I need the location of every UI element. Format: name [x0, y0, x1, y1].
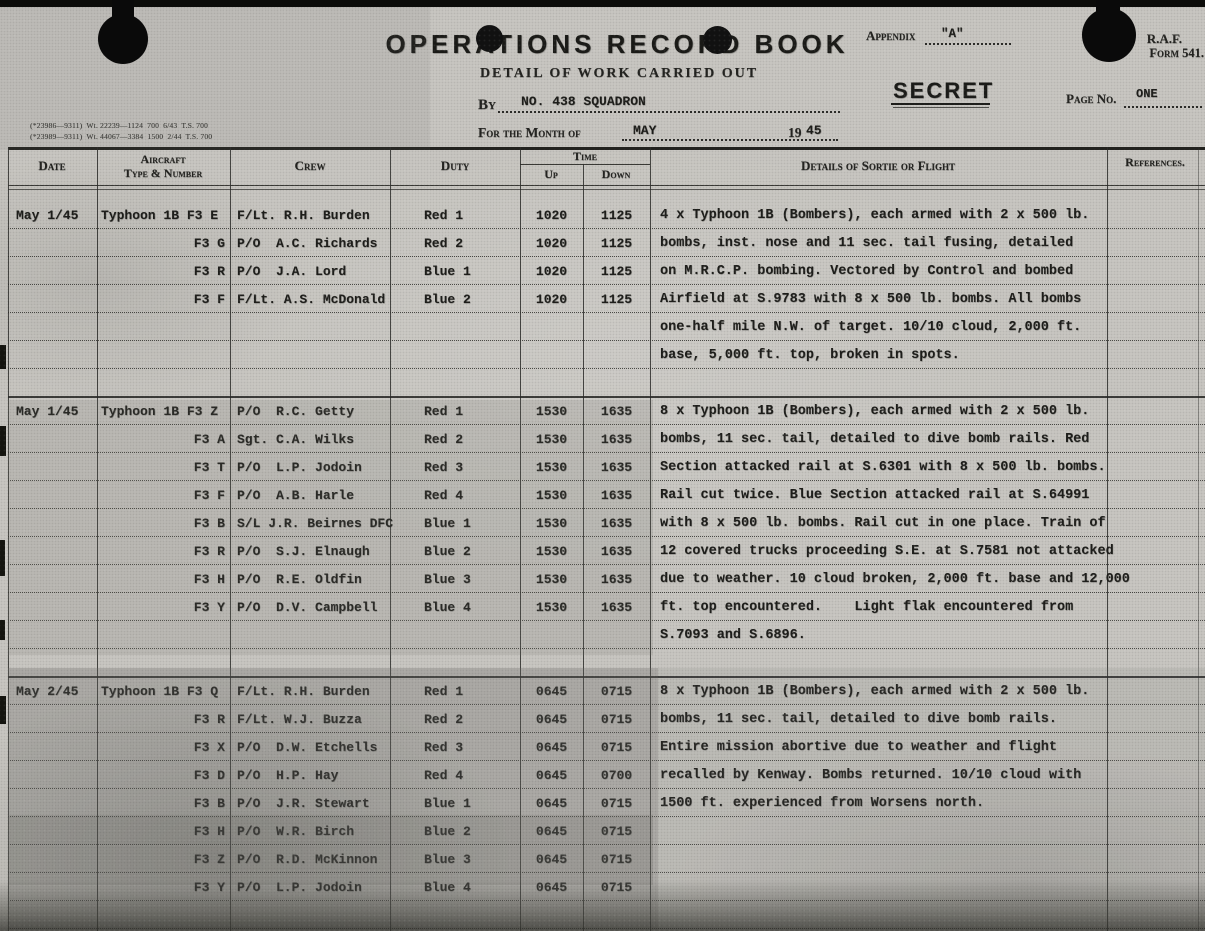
raf-form-number: Form 541. [1122, 46, 1204, 61]
cell-time-up: 0645 [520, 683, 583, 701]
cell-duty: Blue 1 [424, 263, 471, 281]
cell-time-up: 1530 [520, 515, 583, 533]
cell-crew: F/Lt. A.S. McDonald [237, 291, 385, 309]
cell-crew: F/Lt. R.H. Burden [237, 683, 370, 701]
cell-time-up: 1020 [520, 263, 583, 281]
cell-time-down: 0715 [583, 683, 650, 701]
cell-crew: P/O R.C. Getty [237, 403, 354, 421]
details-line: 8 x Typhoon 1B (Bombers), each armed wit… [660, 683, 1089, 701]
printer-imprint-line2: (*23989—9311) Wt. 44067—3384 1500 2/44 T… [30, 132, 212, 141]
scan-top-edge [0, 0, 1205, 7]
cell-duty: Red 2 [424, 431, 463, 449]
cell-time-down: 0715 [583, 711, 650, 729]
ruled-line [8, 256, 1205, 257]
table-vline-aircraft [230, 147, 231, 931]
header-time-up: Up [544, 167, 558, 182]
cell-time-down: 0715 [583, 795, 650, 813]
details-line: with 8 x 500 lb. bombs. Rail cut in one … [660, 515, 1106, 533]
cell-aircraft: F3 D [101, 767, 225, 785]
cell-duty: Blue 2 [424, 543, 471, 561]
ruled-line [8, 228, 1205, 229]
details-line: 12 covered trucks proceeding S.E. at S.7… [660, 543, 1114, 561]
year-value: 45 [806, 122, 822, 140]
cell-duty: Blue 2 [424, 291, 471, 309]
header-details: Details of Sortie or Flight [801, 158, 955, 174]
cell-crew: P/O D.V. Campbell [237, 599, 377, 617]
cell-duty: Red 1 [424, 683, 463, 701]
cell-aircraft: F3 T [101, 459, 225, 477]
details-line: base, 5,000 ft. top, broken in spots. [660, 347, 960, 365]
cell-time-up: 1020 [520, 291, 583, 309]
ruled-line [8, 564, 1205, 565]
table-top-border [8, 147, 1205, 150]
cell-duty: Blue 1 [424, 515, 471, 533]
ruled-line [8, 592, 1205, 593]
ruled-line [8, 760, 1205, 761]
cell-time-up: 1020 [520, 235, 583, 253]
ruled-line [8, 844, 1205, 845]
page-no-label: Page No. [1066, 91, 1116, 107]
squadron-value: NO. 438 SQUADRON [521, 93, 646, 111]
details-line: S.7093 and S.6896. [660, 627, 806, 645]
cell-time-down: 1635 [583, 543, 650, 561]
cell-time-up: 0645 [520, 879, 583, 897]
details-line: recalled by Kenway. Bombs returned. 10/1… [660, 767, 1081, 785]
cell-aircraft: F3 Z [101, 851, 225, 869]
cell-duty: Blue 4 [424, 879, 471, 897]
cell-duty: Red 3 [424, 459, 463, 477]
ruled-line [8, 284, 1205, 285]
cell-aircraft: F3 F [101, 291, 225, 309]
cell-time-up: 0645 [520, 767, 583, 785]
cell-time-down: 1635 [583, 431, 650, 449]
ruled-line [8, 788, 1205, 789]
cell-aircraft: Typhoon 1B F3 Z [101, 403, 218, 421]
cell-aircraft: F3 F [101, 487, 225, 505]
cell-time-up: 1530 [520, 403, 583, 421]
cell-aircraft: F3 H [101, 823, 225, 841]
header-references: References. [1125, 155, 1185, 170]
header-aircraft-line2: Type & Number [124, 166, 202, 181]
header-aircraft-line1: Aircraft [140, 152, 185, 167]
ruled-line [8, 620, 1205, 621]
cell-time-down: 1635 [583, 487, 650, 505]
cell-time-down: 1635 [583, 459, 650, 477]
ruled-line [8, 508, 1205, 509]
cell-time-down: 0700 [583, 767, 650, 785]
time-subheader-line [520, 164, 650, 165]
details-line: Section attacked rail at S.6301 with 8 x… [660, 459, 1106, 477]
cell-duty: Red 2 [424, 711, 463, 729]
details-line: Airfield at S.9783 with 8 x 500 lb. bomb… [660, 291, 1081, 309]
by-label: By [478, 97, 496, 114]
ruled-line [8, 676, 1205, 678]
ruled-line [8, 312, 1205, 313]
cell-time-up: 1530 [520, 487, 583, 505]
table-vline-left [8, 147, 9, 931]
cell-time-up: 0645 [520, 711, 583, 729]
cell-time-down: 1635 [583, 571, 650, 589]
scan-edge-mark [0, 426, 6, 456]
month-value: MAY [633, 122, 656, 140]
cell-crew: P/O A.C. Richards [237, 235, 377, 253]
cell-aircraft: Typhoon 1B F3 E [101, 207, 218, 225]
cell-time-up: 0645 [520, 739, 583, 757]
details-line: on M.R.C.P. bombing. Vectored by Control… [660, 263, 1073, 281]
cell-time-up: 0645 [520, 851, 583, 869]
cell-crew: Sgt. C.A. Wilks [237, 431, 354, 449]
cell-crew: P/O S.J. Elnaugh [237, 543, 370, 561]
cell-crew: P/O A.B. Harle [237, 487, 354, 505]
ruled-line [8, 704, 1205, 705]
cell-time-up: 0645 [520, 823, 583, 841]
ruled-line [8, 452, 1205, 453]
cell-crew: P/O L.P. Jodoin [237, 879, 362, 897]
cell-aircraft: F3 B [101, 515, 225, 533]
page-no-value: ONE [1136, 85, 1158, 103]
cell-time-up: 0645 [520, 795, 583, 813]
cell-aircraft: F3 A [101, 431, 225, 449]
ink-blob-title-right [703, 26, 732, 54]
scan-edge-mark [0, 696, 6, 724]
by-underline [498, 111, 840, 113]
year-prefix: 19 [788, 125, 802, 141]
cell-time-down: 0715 [583, 823, 650, 841]
scan-edge-mark [0, 345, 6, 369]
cell-time-down: 1125 [583, 207, 650, 225]
ruled-line [8, 928, 1205, 929]
ruled-line [8, 368, 1205, 369]
table-vline-crew [390, 147, 391, 931]
cell-time-up: 1530 [520, 459, 583, 477]
ruled-line [8, 536, 1205, 537]
cell-date: May 2/45 [16, 683, 78, 701]
ruled-line [8, 816, 1205, 817]
page-title: OPERATIONS RECORD BOOK [385, 29, 848, 60]
ruled-line [8, 340, 1205, 341]
cell-time-down: 1635 [583, 515, 650, 533]
details-line: one-half mile N.W. of target. 10/10 clou… [660, 319, 1081, 337]
scan-edge-mark [0, 540, 5, 576]
cell-time-up: 1530 [520, 599, 583, 617]
secret-stamp: SECRET [893, 78, 994, 104]
cell-crew: P/O R.D. McKinnon [237, 851, 377, 869]
cell-crew: S/L J.R. Beirnes DFC [237, 515, 393, 533]
cell-duty: Red 1 [424, 403, 463, 421]
cell-crew: P/O L.P. Jodoin [237, 459, 362, 477]
cell-time-up: 1530 [520, 431, 583, 449]
cell-time-down: 1125 [583, 263, 650, 281]
cell-duty: Blue 1 [424, 795, 471, 813]
cell-time-down: 1635 [583, 403, 650, 421]
details-line: bombs, 11 sec. tail, detailed to dive bo… [660, 431, 1089, 449]
month-label: For the Month of [478, 125, 581, 141]
ruled-line [8, 396, 1205, 398]
raf-label: R.A.F. [1130, 31, 1182, 47]
hole-punch-left [98, 14, 148, 64]
cell-aircraft: F3 H [101, 571, 225, 589]
cell-duty: Blue 3 [424, 571, 471, 589]
cell-time-up: 1020 [520, 207, 583, 225]
cell-time-down: 1635 [583, 599, 650, 617]
details-line: bombs, inst. nose and 11 sec. tail fusin… [660, 235, 1073, 253]
cell-aircraft: F3 Y [101, 879, 225, 897]
cell-aircraft: F3 X [101, 739, 225, 757]
cell-time-up: 1530 [520, 543, 583, 561]
cell-crew: P/O R.E. Oldfin [237, 571, 362, 589]
table-vline-time [650, 147, 651, 931]
cell-duty: Red 1 [424, 207, 463, 225]
details-line: due to weather. 10 cloud broken, 2,000 f… [660, 571, 1130, 589]
ruled-line [8, 872, 1205, 873]
cell-aircraft: Typhoon 1B F3 Q [101, 683, 218, 701]
appendix-label: Appendix [866, 28, 915, 44]
cell-crew: P/O J.R. Stewart [237, 795, 370, 813]
cell-time-down: 0715 [583, 851, 650, 869]
cell-date: May 1/45 [16, 207, 78, 225]
appendix-underline [925, 43, 1011, 45]
hole-punch-right [1082, 8, 1136, 62]
cell-duty: Blue 4 [424, 599, 471, 617]
cell-crew: F/Lt. R.H. Burden [237, 207, 370, 225]
cell-aircraft: F3 R [101, 263, 225, 281]
ruled-line [8, 480, 1205, 481]
secret-underline-2 [893, 107, 989, 108]
details-line: ft. top encountered. Light flak encounte… [660, 599, 1073, 617]
table-vline-details [1107, 147, 1108, 931]
secret-underline [891, 103, 990, 105]
details-line: 4 x Typhoon 1B (Bombers), each armed wit… [660, 207, 1089, 225]
header-duty: Duty [441, 158, 469, 174]
table-vline-right [1198, 147, 1199, 931]
cell-crew: F/Lt. W.J. Buzza [237, 711, 362, 729]
cell-time-down: 0715 [583, 879, 650, 897]
cell-time-down: 0715 [583, 739, 650, 757]
header-time-down: Down [602, 167, 631, 182]
page-subtitle: DETAIL OF WORK CARRIED OUT [480, 66, 758, 82]
cell-crew: P/O H.P. Hay [237, 767, 338, 785]
cell-crew: P/O D.W. Etchells [237, 739, 377, 757]
cell-aircraft: F3 R [101, 711, 225, 729]
header-date: Date [38, 158, 65, 174]
cell-aircraft: F3 G [101, 235, 225, 253]
printer-imprint-line1: (*23986—9311) Wt. 22239—1124 700 6/43 T.… [30, 121, 208, 130]
ruled-line [8, 732, 1205, 733]
header-bottom-line [8, 185, 1205, 186]
table-vline-date [97, 147, 98, 931]
header-bottom-line-2 [8, 189, 1205, 190]
cell-time-down: 1125 [583, 235, 650, 253]
cell-duty: Red 4 [424, 487, 463, 505]
details-line: Rail cut twice. Blue Section attacked ra… [660, 487, 1089, 505]
ruled-line [8, 900, 1205, 901]
cell-duty: Red 3 [424, 739, 463, 757]
scan-edge-mark [0, 620, 5, 640]
cell-aircraft: F3 B [101, 795, 225, 813]
cell-duty: Red 2 [424, 235, 463, 253]
cell-date: May 1/45 [16, 403, 78, 421]
cell-time-down: 1125 [583, 291, 650, 309]
ruled-line [8, 648, 1205, 649]
cell-duty: Blue 2 [424, 823, 471, 841]
details-line: 8 x Typhoon 1B (Bombers), each armed wit… [660, 403, 1089, 421]
appendix-value: "A" [941, 25, 964, 43]
details-line: bombs, 11 sec. tail, detailed to dive bo… [660, 711, 1057, 729]
details-line: 1500 ft. experienced from Worsens north. [660, 795, 984, 813]
ink-blob-title-left [476, 25, 503, 52]
cell-aircraft: F3 R [101, 543, 225, 561]
operations-record-book-page: OPERATIONS RECORD BOOK DETAIL OF WORK CA… [0, 0, 1205, 931]
cell-crew: P/O J.A. Lord [237, 263, 346, 281]
details-line: Entire mission abortive due to weather a… [660, 739, 1057, 757]
cell-aircraft: F3 Y [101, 599, 225, 617]
cell-crew: P/O W.R. Birch [237, 823, 354, 841]
cell-time-up: 1530 [520, 571, 583, 589]
cell-duty: Blue 3 [424, 851, 471, 869]
page-no-underline [1124, 106, 1202, 108]
ruled-line [8, 424, 1205, 425]
header-crew: Crew [295, 158, 326, 174]
cell-duty: Red 4 [424, 767, 463, 785]
header-time: Time [573, 149, 597, 164]
